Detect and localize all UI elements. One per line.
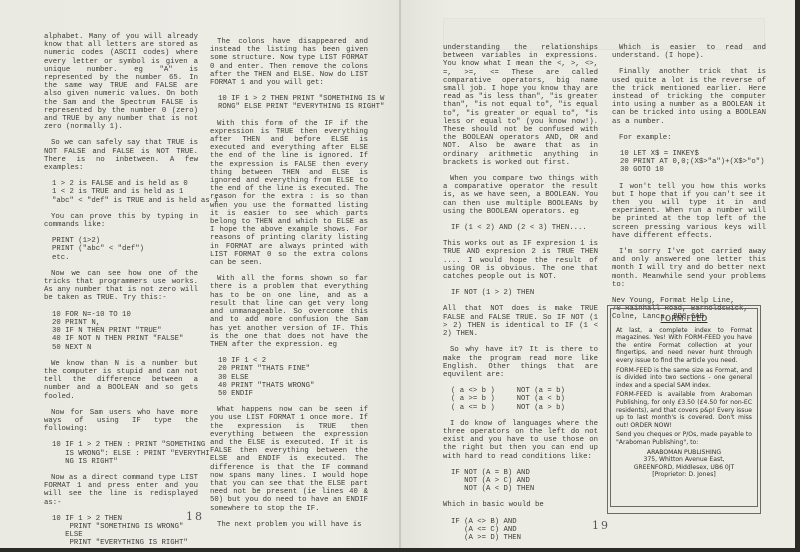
code-listing: ( a <> b ) NOT (a = b) ( a >= b ) NOT (a…	[443, 387, 598, 412]
paragraph: Now for Sam users who have more ways of …	[44, 409, 198, 434]
page-18: alphabet. Many of you will already know …	[0, 0, 400, 548]
book-edge-bottom	[0, 548, 800, 552]
paragraph: With all the forms shown so far there is…	[210, 275, 368, 349]
paragraph: understanding the relationships between …	[443, 44, 598, 167]
code-listing: 10 IF 1 > 2 THEN PRINT "SOMETHING IS WRO…	[44, 515, 198, 548]
code-listing: IF NOT (1 > 2) THEN	[443, 289, 598, 297]
column-3: understanding the relationships between …	[443, 44, 598, 550]
paragraph: So why have it? It is there to make the …	[443, 346, 598, 379]
paragraph: So we can safely say that TRUE is NOT FA…	[44, 139, 198, 172]
code-listing: 10 IF 1 < 2 20 PRINT "THATS FINE" 30 ELS…	[210, 357, 368, 398]
magazine-spread: alphabet. Many of you will already know …	[0, 0, 796, 548]
advert-address-line: GREENFORD, Middlesex, UB6 0JT	[616, 464, 752, 472]
advert-address-line: 375, Whitton Avenue East,	[616, 456, 752, 464]
advert-paragraph: Send you cheques or P/Os, made payable t…	[616, 431, 752, 446]
code-listing: 10 FOR N=-10 TO 10 20 PRINT N, 30 IF N T…	[44, 311, 198, 352]
column-4: Which is easier to read and understand. …	[612, 44, 766, 330]
page-number-19: 19	[592, 519, 610, 532]
code-listing: PRINT (1>2) PRINT ("abc" < "def") etc.	[44, 237, 198, 262]
paragraph: I'm sorry I've got carried away and only…	[612, 248, 766, 289]
paragraph: Which is easier to read and understand. …	[612, 44, 766, 60]
code-listing: 10 LET X$ = INKEY$ 20 PRINT AT 0,0;(X$>"…	[612, 150, 766, 175]
advert-title: FORM-FEED	[616, 315, 752, 323]
code-listing: IF (1 < 2) AND (2 < 3) THEN....	[443, 224, 598, 232]
paragraph: This works out as IF expresion 1 is TRUE…	[443, 240, 598, 281]
page-number-18: 18	[186, 510, 204, 523]
advert-paragraph: At last, a complete index to Format maga…	[616, 327, 752, 365]
paragraph: All that NOT does is make TRUE FALSE and…	[443, 305, 598, 338]
code-listing: 1 > 2 is FALSE and is held as 0 1 < 2 is…	[44, 180, 198, 205]
paragraph: When you compare two things with a compa…	[443, 175, 598, 216]
paragraph: I won't tell you how this works but I ho…	[612, 183, 766, 240]
advert-address: ARABOMAN PUBLISHING375, Whitton Avenue E…	[616, 449, 752, 479]
paragraph: You can prove this by typing in commands…	[44, 213, 198, 229]
advert-paragraph: FORM-FEED is the same size as Format, an…	[616, 367, 752, 390]
paragraph: Which in basic would be	[443, 501, 598, 509]
paragraph: What happens now can be seen if you use …	[210, 406, 368, 513]
code-listing: 10 IF 1 > 2 THEN PRINT "SOMETHING IS W R…	[210, 95, 368, 111]
column-2: The colons have disappeared and instead …	[210, 38, 368, 537]
paragraph: The next problem you will have is	[210, 521, 368, 529]
paragraph: We know than N is a number but the compu…	[44, 360, 198, 401]
paragraph: alphabet. Many of you will already know …	[44, 33, 198, 131]
paragraph: Finally another trick that is used quite…	[612, 68, 766, 125]
advert-address-line: ARABOMAN PUBLISHING	[616, 449, 752, 457]
paragraph: For example:	[612, 134, 766, 142]
column-1: alphabet. Many of you will already know …	[44, 33, 198, 552]
code-listing: IF NOT (A = B) AND NOT (A > C) AND NOT (…	[443, 469, 598, 494]
paragraph: The colons have disappeared and instead …	[210, 38, 368, 87]
paragraph: Now as a direct command type LIST FORMAT…	[44, 474, 198, 507]
paragraph: Now we can see how one of the tricks tha…	[44, 270, 198, 303]
paragraph: I do know of languages where the three o…	[443, 420, 598, 461]
code-listing: IF (A <> B) AND (A <= C) AND (A >= D) TH…	[443, 518, 598, 543]
advert-body: At last, a complete index to Format maga…	[616, 327, 752, 447]
advert-paragraph: FORM-FEED is available from Araboman Pub…	[616, 391, 752, 429]
code-listing: 10 IF 1 > 2 THEN : PRINT "SOMETHING IS W…	[44, 441, 198, 466]
form-feed-advert: FORM-FEED At last, a complete index to F…	[607, 305, 761, 514]
book-edge-right	[795, 0, 800, 552]
paragraph: With this form of the IF if the expressi…	[210, 120, 368, 268]
advert-address-line: [Proprietor: D. Jones]	[616, 471, 752, 479]
